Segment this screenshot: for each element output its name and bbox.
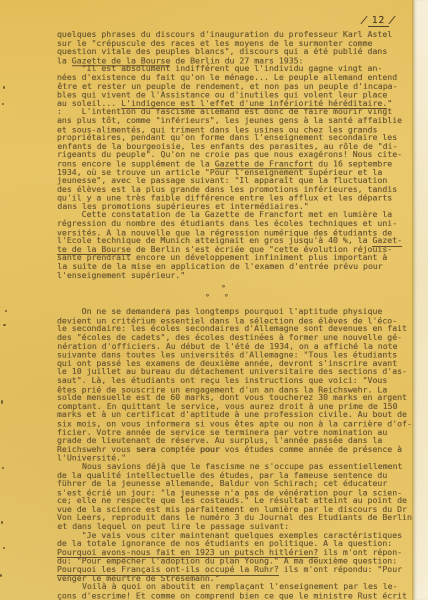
text-segment: êtes prié de souscrire un engagement d'u… bbox=[57, 384, 387, 394]
text-segment: dans les promotions supérieures et inter… bbox=[57, 201, 308, 211]
text-line: la suite de la mise en application de l'… bbox=[57, 262, 412, 271]
scan-speck bbox=[2, 103, 4, 105]
text-line: s'est écrié un jour: "la jeunesse n'a pa… bbox=[57, 488, 412, 497]
text-line: et sous-alimentés, qui triment dans les … bbox=[57, 125, 412, 134]
text-segment: suivante dans toutes les universités d'A… bbox=[57, 349, 397, 359]
text-segment: sera bbox=[136, 444, 156, 454]
underlined-text: Gazette de la Bourse bbox=[72, 55, 171, 67]
scan-speck bbox=[3, 324, 6, 326]
text-line: bles qui vivent de l'Assistance ou d'inu… bbox=[57, 90, 412, 99]
page-number-value: 12 bbox=[368, 15, 389, 27]
scan-speck bbox=[3, 86, 5, 89]
scan-speck bbox=[1, 400, 3, 404]
text-segment: et dans lequel on peut lire le passage s… bbox=[57, 521, 289, 531]
text-line: du: "Pour empêcher l'adoption du plan Yo… bbox=[57, 557, 412, 566]
text-line: six mois, on vous informera si vous êtes… bbox=[57, 419, 412, 428]
text-line: l'enseignement supérieur." bbox=[57, 271, 412, 280]
text-line: et dans lequel on peut lire le passage s… bbox=[57, 522, 412, 531]
text-line: la Gazette de la Bourse de Berlin du 27 … bbox=[57, 56, 412, 65]
text-line: êtes prié de souscrire un engagement d'u… bbox=[57, 385, 412, 394]
text-segment: versités. A la nouvelle que la régressio… bbox=[57, 227, 392, 237]
scan-speck bbox=[2, 467, 4, 469]
scanned-page: /12/ quelques phrases du discours d'inau… bbox=[0, 0, 428, 600]
text-segment: pour bbox=[200, 444, 220, 454]
text-segment: comptant. En quittant le service, vous a… bbox=[57, 401, 397, 411]
scan-speck bbox=[5, 310, 7, 312]
text-line: çons d'escrime! Et comme on comprend bie… bbox=[57, 591, 412, 600]
text-line: dans les promotions supérieures et inter… bbox=[57, 202, 412, 211]
text-segment: bles qui vivent de l'Assistance ou d'inu… bbox=[57, 89, 387, 99]
text-segment: la bbox=[57, 55, 72, 65]
text-segment: six mois, on vous informera si vous êtes… bbox=[57, 418, 412, 428]
text-line: suivante dans toutes les universités d'A… bbox=[57, 350, 412, 359]
text-line: Nous savions déjà que le fascisme ne s'o… bbox=[57, 462, 412, 471]
text-segment: s'est écrié un jour: "la jeunesse n'a pa… bbox=[57, 487, 402, 497]
text-segment: l'enseignement supérieur." bbox=[57, 270, 185, 280]
text-line: rons encore le supplément de la Gazette … bbox=[57, 159, 412, 168]
text-segment: çons d'escrime! Et comme on comprend bie… bbox=[57, 590, 407, 600]
typewritten-text: quelques phrases du discours d'inaugurat… bbox=[57, 30, 412, 599]
text-segment: et sous-alimentés, qui triment dans les … bbox=[57, 124, 377, 134]
text-segment: rons encore le supplément de la bbox=[57, 158, 215, 168]
text-segment: comptée bbox=[156, 444, 200, 454]
scan-speck bbox=[1, 521, 3, 524]
page-edge-strip bbox=[412, 0, 428, 600]
text-line: versités. A la nouvelle que la régressio… bbox=[57, 228, 412, 237]
text-segment: du: "Pour empêcher l'adoption du plan Yo… bbox=[57, 556, 397, 566]
text-segment: la suite de la mise en application de l'… bbox=[57, 261, 382, 271]
section-divider: °°° bbox=[57, 279, 412, 307]
underlined-text: Gazette de Francfort bbox=[215, 158, 314, 170]
scan-speck bbox=[0, 574, 2, 577]
text-segment: enfants de la bourgeoisie, les enfants d… bbox=[57, 141, 397, 151]
text-segment: devient un critérium essentiel dans la s… bbox=[57, 315, 397, 325]
text-segment: vos études comme année de présence à bbox=[220, 444, 402, 454]
page-number: /12/ bbox=[361, 15, 396, 26]
page-number-suffix: / bbox=[387, 15, 397, 26]
scan-speck bbox=[3, 547, 5, 549]
text-line: enfants de la bourgeoisie, les enfants d… bbox=[57, 142, 412, 151]
text-segment: de Berlin du 27 mars 1935: bbox=[170, 55, 303, 65]
text-line: devient un critérium essentiel dans la s… bbox=[57, 316, 412, 325]
text-segment: du 16 septembre bbox=[313, 158, 392, 168]
text-line: comptant. En quittant le service, vous a… bbox=[57, 402, 412, 411]
text-segment: Nous savions déjà que le fascisme ne s'o… bbox=[57, 461, 402, 471]
